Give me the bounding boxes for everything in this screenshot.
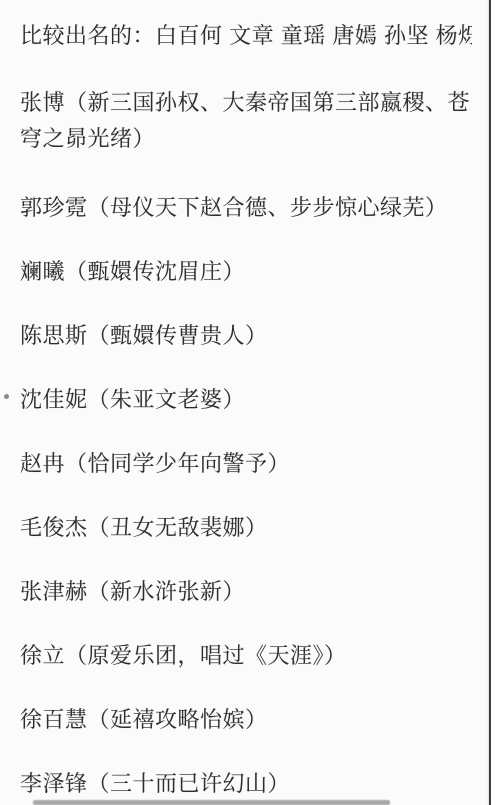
- text-line: 毛俊杰（丑女无敌裴娜）: [20, 510, 472, 546]
- text-line: 徐百慧（延禧攻略怡嫔）: [20, 702, 472, 738]
- text-line: 张博（新三国孙权、大秦帝国第三部嬴稷、苍: [20, 85, 472, 121]
- paragraph-xu-li: 徐立（原爱乐团，唱过《天涯》）: [20, 638, 472, 674]
- paragraph-zhao-ran: 赵冉（恰同学少年向警予）: [20, 446, 472, 482]
- text-line: 斓曦（甄嬛传沈眉庄）: [20, 254, 472, 290]
- text-line: 比较出名的：白百何 文章 童瑶 唐嫣 孙坚 杨烁: [20, 18, 472, 54]
- page-edge-line: [489, 0, 491, 805]
- paragraph-xu-baihui: 徐百慧（延禧攻略怡嫔）: [20, 702, 472, 738]
- paragraph-chen-sisi: 陈思斯（甄嬛传曹贵人）: [20, 318, 472, 354]
- text-line: 沈佳妮（朱亚文老婆）: [20, 382, 472, 418]
- paragraph-mao-junjie: 毛俊杰（丑女无敌裴娜）: [20, 510, 472, 546]
- text-line: 陈思斯（甄嬛传曹贵人）: [20, 318, 472, 354]
- text-line: 赵冉（恰同学少年向警予）: [20, 446, 472, 482]
- text-line: 李泽锋（三十而已许幻山）: [20, 766, 472, 802]
- page-edge-margin: [491, 0, 500, 805]
- paragraph-zhang-jinhe: 张津赫（新水浒张新）: [20, 574, 472, 610]
- document-page: 比较出名的：白百何 文章 童瑶 唐嫣 孙坚 杨烁 张博（新三国孙权、大秦帝国第三…: [0, 0, 490, 805]
- text-line: 郭珍霓（母仪天下赵合德、步步惊心绿芜）: [20, 190, 472, 226]
- paragraph-zhang-bo: 张博（新三国孙权、大秦帝国第三部嬴稷、苍 穹之昴光绪）: [20, 85, 472, 157]
- paragraph-li-zefeng: 李泽锋（三十而已许幻山）: [20, 766, 472, 802]
- paragraph-famous-list: 比较出名的：白百何 文章 童瑶 唐嫣 孙坚 杨烁: [20, 18, 472, 54]
- paragraph-lan-xi: 斓曦（甄嬛传沈眉庄）: [20, 254, 472, 290]
- text-line: 穹之昴光绪）: [20, 121, 472, 157]
- text-line: 徐立（原爱乐团，唱过《天涯》）: [20, 638, 472, 674]
- paragraph-guo-zhenni: 郭珍霓（母仪天下赵合德、步步惊心绿芜）: [20, 190, 472, 226]
- margin-bullet-dot: [4, 394, 9, 399]
- paragraph-shen-jiani: 沈佳妮（朱亚文老婆）: [20, 382, 472, 418]
- text-line: 张津赫（新水浒张新）: [20, 574, 472, 610]
- cropped-next-line-fragment: [33, 800, 390, 805]
